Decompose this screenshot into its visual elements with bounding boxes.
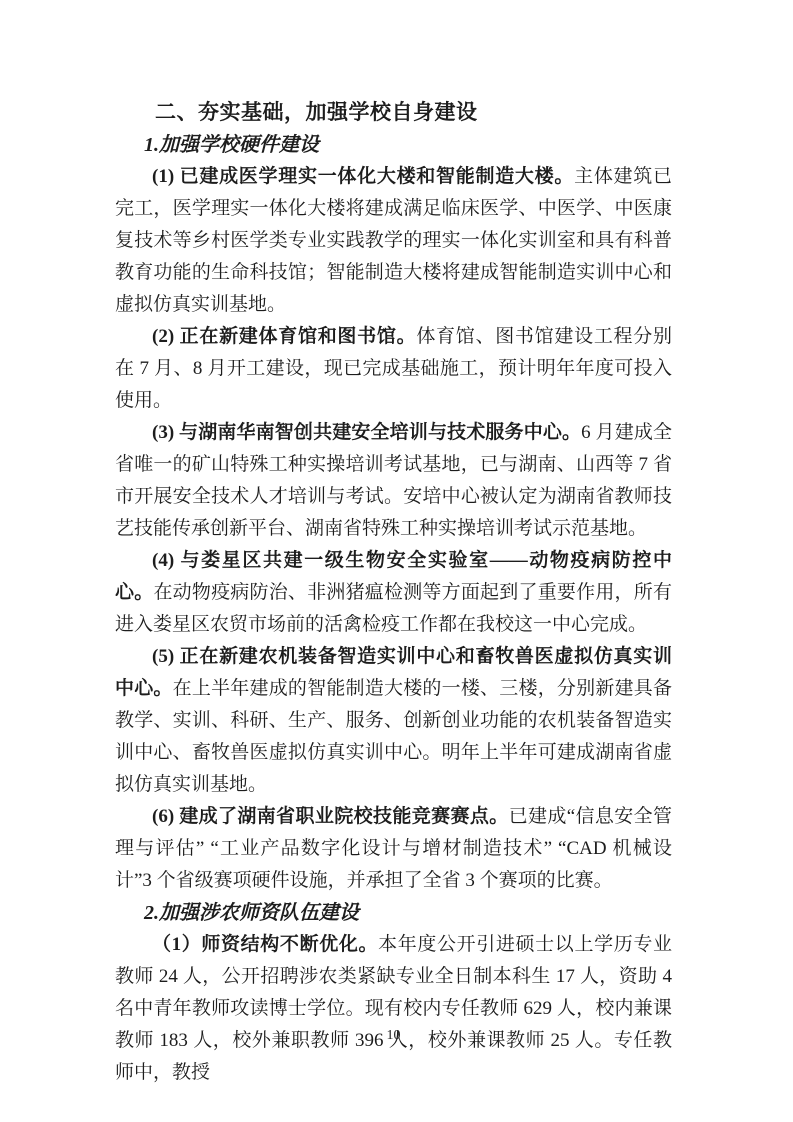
paragraph-lead: (6) 建成了湖南省职业院校技能竞赛赛点。 bbox=[152, 806, 509, 827]
paragraph-lead: (2) 正在新建体育馆和图书馆。 bbox=[152, 326, 416, 347]
paragraph-body: 在上半年建成的智能制造大楼的一楼、三楼，分别新建具备教学、实训、科研、生产、服务… bbox=[115, 678, 672, 795]
paragraph-hardware-5: (5) 正在新建农机装备智造实训中心和畜牧兽医虚拟仿真实训中心。在上半年建成的智… bbox=[115, 641, 672, 801]
section-heading: 二、夯实基础，加强学校自身建设 bbox=[115, 97, 672, 129]
paragraph-hardware-6: (6) 建成了湖南省职业院校技能竞赛赛点。已建成“信息安全管理与评估” “工业产… bbox=[115, 801, 672, 897]
paragraph-hardware-4: (4) 与娄星区共建一级生物安全实验室——动物疫病防控中心。在动物疫病防治、非洲… bbox=[115, 545, 672, 641]
subsection-heading-hardware: 1.加强学校硬件建设 bbox=[115, 129, 672, 161]
paragraph-body: 本年度公开引进硕士以上学历专业教师 24 人，公开招聘涉农类紧缺专业全日制本科生… bbox=[115, 934, 672, 1083]
paragraph-lead: (3) 与湖南华南智创共建安全培训与技术服务中心。 bbox=[152, 422, 581, 443]
document-page: 二、夯实基础，加强学校自身建设 1.加强学校硬件建设 (1) 已建成医学理实一体… bbox=[0, 0, 793, 1122]
paragraph-lead: （1）师资结构不断优化。 bbox=[152, 934, 378, 955]
paragraph-hardware-2: (2) 正在新建体育馆和图书馆。体育馆、图书馆建设工程分别在 7 月、8 月开工… bbox=[115, 321, 672, 417]
paragraph-faculty-1: （1）师资结构不断优化。本年度公开引进硕士以上学历专业教师 24 人，公开招聘涉… bbox=[115, 929, 672, 1089]
paragraph-body: 在动物疫病防治、非洲猪瘟检测等方面起到了重要作用，所有进入娄星区农贸市场前的活禽… bbox=[115, 582, 672, 635]
paragraph-hardware-1: (1) 已建成医学理实一体化大楼和智能制造大楼。主体建筑已完工，医学理实一体化大… bbox=[115, 161, 672, 321]
subsection-heading-faculty: 2.加强涉农师资队伍建设 bbox=[115, 897, 672, 929]
paragraph-lead: (1) 已建成医学理实一体化大楼和智能制造大楼。 bbox=[152, 166, 574, 187]
paragraph-hardware-3: (3) 与湖南华南智创共建安全培训与技术服务中心。6 月建成全省唯一的矿山特殊工… bbox=[115, 417, 672, 545]
paragraph-body: 主体建筑已完工，医学理实一体化大楼将建成满足临床医学、中医学、中医康复技术等乡村… bbox=[115, 166, 672, 315]
page-number: 10 bbox=[115, 1028, 672, 1043]
